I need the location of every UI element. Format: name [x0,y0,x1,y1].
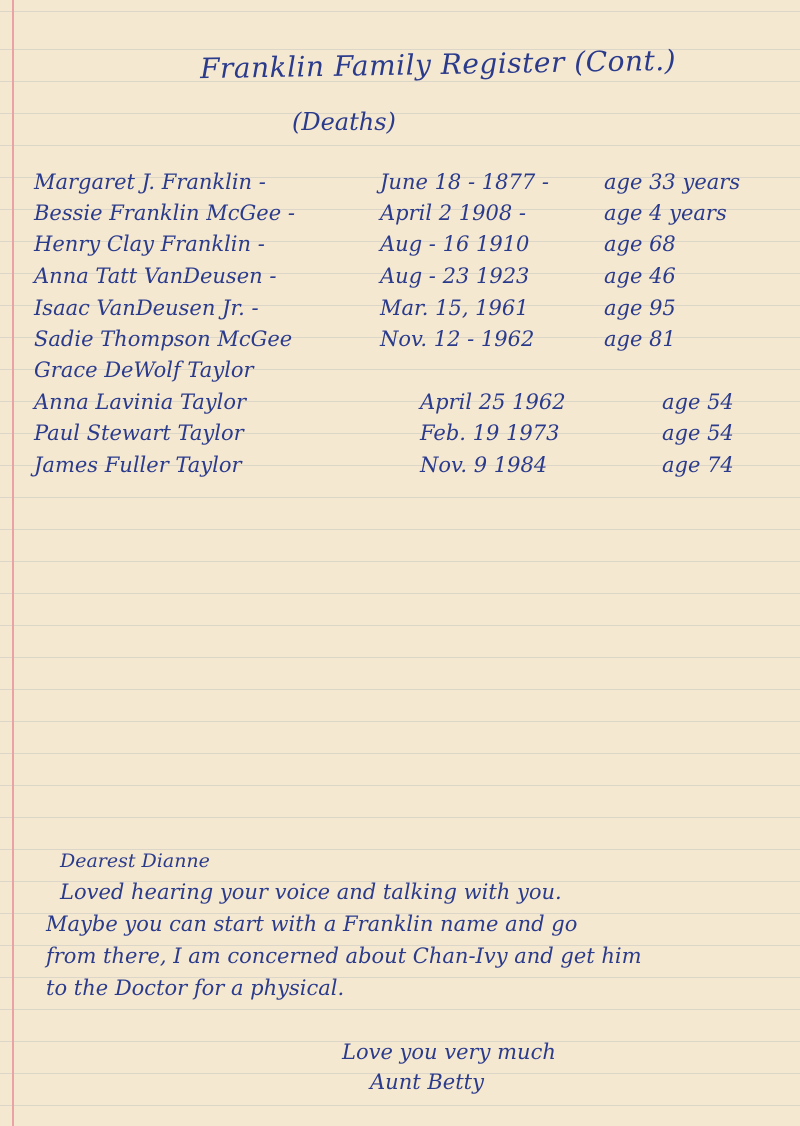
entry-age: age 46 [604,264,676,288]
entry-name: Bessie Franklin McGee - [34,201,295,225]
entry-name: Sadie Thompson McGee [34,327,292,351]
entry-name: Anna Lavinia Taylor [34,390,246,414]
entry-age: age 81 [604,327,676,351]
letter-signature: Aunt Betty [370,1070,484,1094]
entry-name: Isaac VanDeusen Jr. - [34,296,259,320]
entry-date: Nov. 9 1984 [420,453,547,477]
entry-age: age 54 [662,390,734,414]
entry-date: Aug - 23 1923 [380,264,529,288]
entry-name: Margaret J. Franklin - [34,170,266,194]
entry-age: age 68 [604,232,676,256]
letter-salutation: Dearest Dianne [60,850,210,872]
page-title: Franklin Family Register (Cont.) [200,44,677,85]
entry-date: Aug - 16 1910 [380,232,529,256]
entry-name: Grace DeWolf Taylor [34,358,254,382]
entry-date: Mar. 15, 1961 [380,296,529,320]
letter-line: Loved hearing your voice and talking wit… [60,880,562,904]
entry-date: April 25 1962 [420,390,566,414]
letter-closing: Love you very much [342,1040,556,1064]
entry-date: April 2 1908 - [380,201,526,225]
entry-date: Feb. 19 1973 [420,421,559,445]
entry-age: age 33 years [604,170,740,194]
entry-name: James Fuller Taylor [34,453,242,477]
entry-name: Paul Stewart Taylor [34,421,244,445]
entry-name: Henry Clay Franklin - [34,232,265,256]
letter-line: from there, I am concerned about Chan-Iv… [46,944,642,968]
entry-name: Anna Tatt VanDeusen - [34,264,276,288]
margin-line [12,0,14,1126]
entry-date: June 18 - 1877 - [380,170,549,194]
entry-date: Nov. 12 - 1962 [380,327,534,351]
entry-age: age 54 [662,421,734,445]
entry-age: age 74 [662,453,734,477]
entry-age: age 4 years [604,201,727,225]
letter-line: Maybe you can start with a Franklin name… [46,912,577,936]
entry-age: age 95 [604,296,676,320]
letter-line: to the Doctor for a physical. [46,976,344,1000]
page-subtitle: (Deaths) [292,108,396,136]
